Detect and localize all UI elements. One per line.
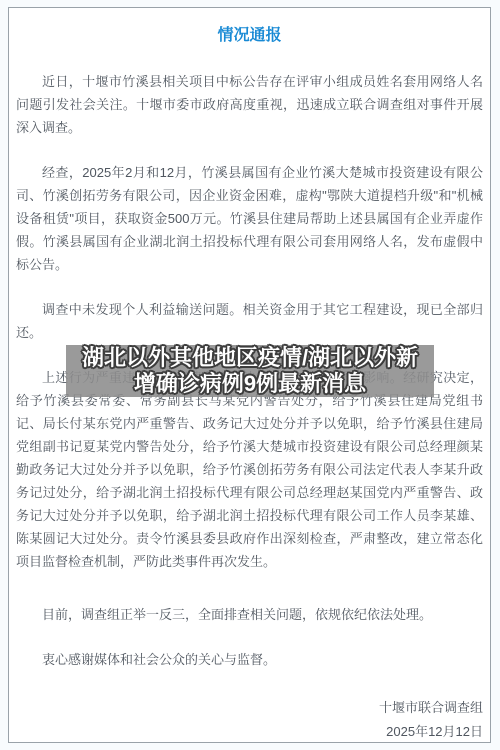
subtitle-overlay: 湖北以外其他地区疫情/湖北以外新 增确诊病例9例最新消息 <box>66 345 434 397</box>
signature-block: 十堰市联合调查组 2025年12月12日 <box>16 696 483 744</box>
signature: 十堰市联合调查组 <box>16 696 483 720</box>
notice-title: 情况通报 <box>16 24 483 48</box>
notice-paragraph-2: 经查，2025年2月和12月，竹溪县属国有企业竹溪大楚城市投资建设有限公司、竹溪… <box>16 161 483 276</box>
notice-paragraph-6: 衷心感谢媒体和社会公众的关心与监督。 <box>16 648 483 671</box>
notice-paragraph-3: 调查中未发现个人利益输送问题。相关资金用于其它工程建设，现已全部归还。 <box>16 298 483 344</box>
notice-paragraph-5: 目前，调查组正举一反三，全面排查相关问题，依规依纪依法处理。 <box>16 603 483 626</box>
notice-paragraph-1: 近日，十堰市竹溪县相关项目中标公告存在评审小组成员姓名套用网络人名问题引发社会关… <box>16 70 483 139</box>
subtitle-line-1: 湖北以外其他地区疫情/湖北以外新 <box>82 345 418 371</box>
subtitle-line-2: 增确诊病例9例最新消息 <box>134 371 366 397</box>
notice-date: 2025年12月12日 <box>16 720 483 744</box>
notice-paragraph-4: 上述行为严重违反工作纪律和相关法律法规，造成严重影响。经研究决定，给予竹溪县委常… <box>16 366 483 573</box>
